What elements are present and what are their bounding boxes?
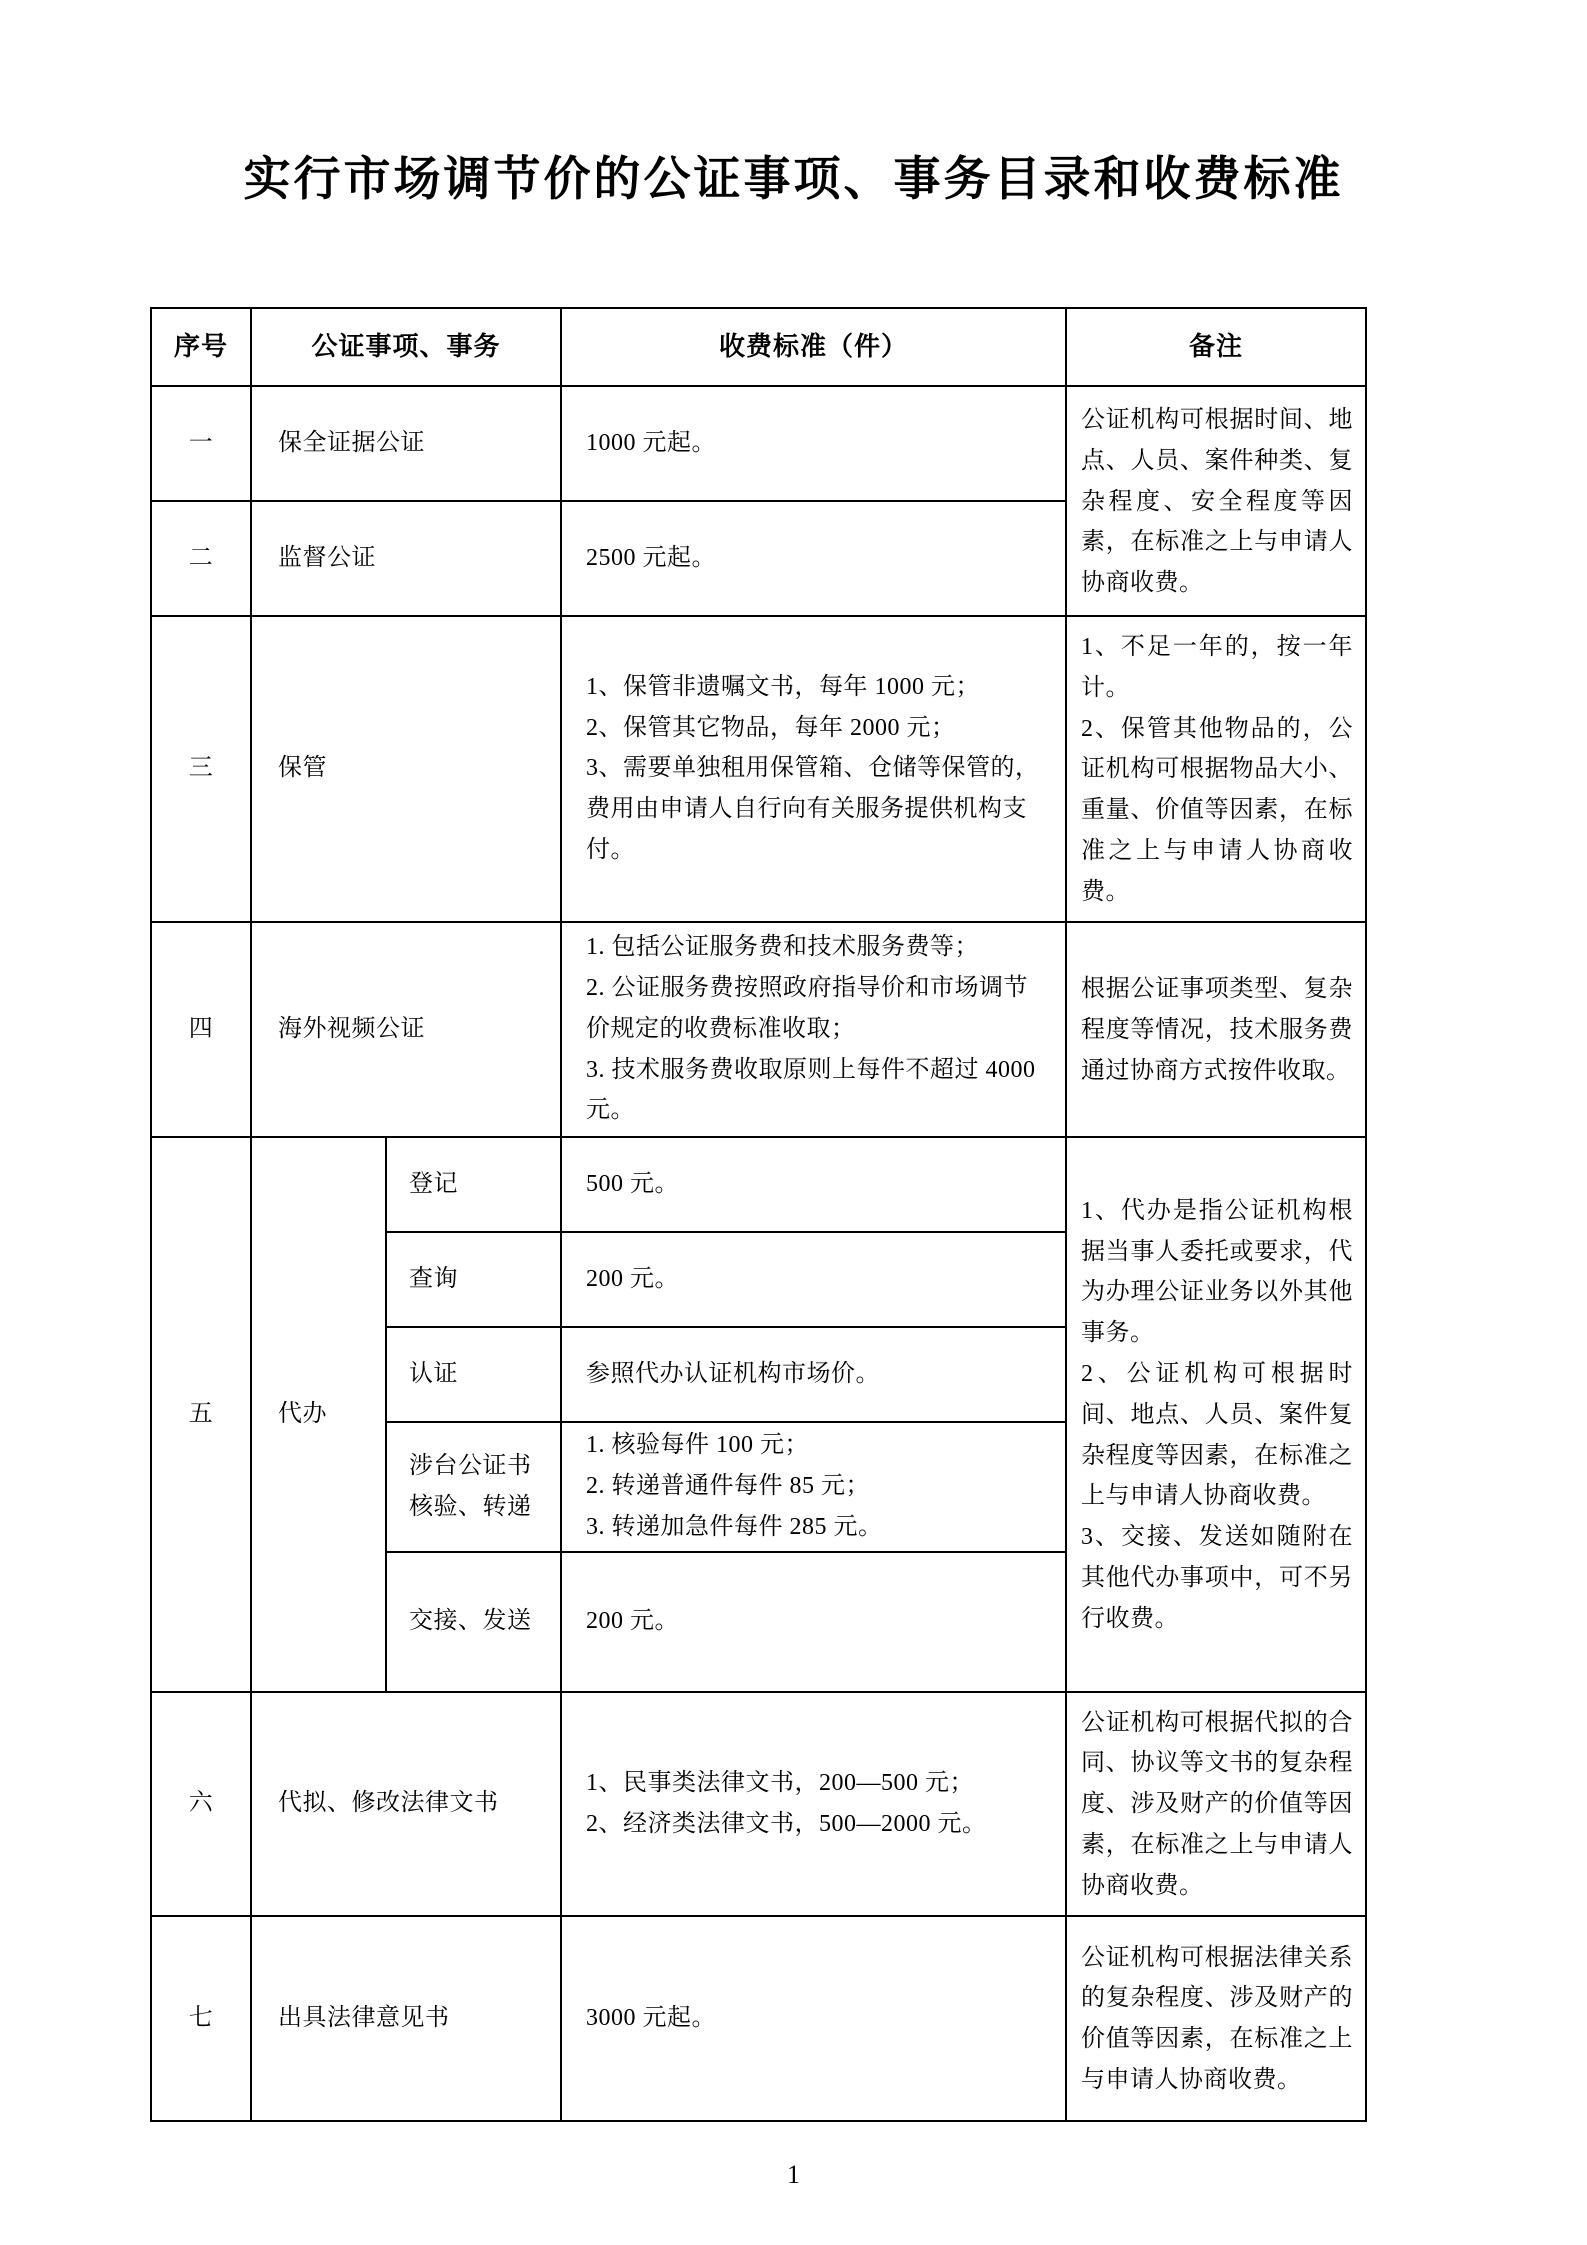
sub-item-name: 交接、发送 — [386, 1552, 561, 1692]
header-remark: 备注 — [1066, 308, 1366, 386]
table-row: 五 代办 登记 500 元。 1、代办是指公证机构根据当事人委托或要求，代为办理… — [151, 1137, 1366, 1232]
row-fee: 1000 元起。 — [561, 386, 1066, 501]
row-fee: 200 元。 — [561, 1552, 1066, 1692]
header-fee: 收费标准（件） — [561, 308, 1066, 386]
sub-item-name: 登记 — [386, 1137, 561, 1232]
row-fee: 1、保管非遗嘱文书，每年 1000 元； 2、保管其它物品，每年 2000 元；… — [561, 616, 1066, 922]
row-fee: 200 元。 — [561, 1232, 1066, 1327]
row-remark: 公证机构可根据代拟的合同、协议等文书的复杂程度、涉及财产的价值等因素，在标准之上… — [1066, 1692, 1366, 1916]
row-fee: 1. 包括公证服务费和技术服务费等； 2. 公证服务费按照政府指导价和市场调节价… — [561, 922, 1066, 1137]
table-row: 六 代拟、修改法律文书 1、民事类法律文书，200—500 元； 2、经济类法律… — [151, 1692, 1366, 1916]
row-no: 三 — [151, 616, 251, 922]
row-item: 监督公证 — [251, 501, 561, 616]
sub-item-name: 认证 — [386, 1327, 561, 1422]
row-remark: 1、不足一年的，按一年计。 2、保管其他物品的，公证机构可根据物品大小、重量、价… — [1066, 616, 1366, 922]
row-fee: 500 元。 — [561, 1137, 1066, 1232]
row-item: 海外视频公证 — [251, 922, 561, 1137]
row-fee: 1. 核验每件 100 元； 2. 转递普通件每件 85 元； 3. 转递加急件… — [561, 1422, 1066, 1552]
row-remark: 根据公证事项类型、复杂程度等情况，技术服务费通过协商方式按件收取。 — [1066, 922, 1366, 1137]
row-no: 五 — [151, 1137, 251, 1692]
page-title: 实行市场调节价的公证事项、事务目录和收费标准 — [0, 0, 1587, 211]
row-no: 六 — [151, 1692, 251, 1916]
sub-item-name: 涉台公证书核验、转递 — [386, 1422, 561, 1552]
row-no: 二 — [151, 501, 251, 616]
row-no: 一 — [151, 386, 251, 501]
table-row: 三 保管 1、保管非遗嘱文书，每年 1000 元； 2、保管其它物品，每年 20… — [151, 616, 1366, 922]
header-no: 序号 — [151, 308, 251, 386]
header-item: 公证事项、事务 — [251, 308, 561, 386]
row-remark: 公证机构可根据时间、地点、人员、案件种类、复杂程度、安全程度等因素，在标准之上与… — [1066, 386, 1366, 616]
row-remark: 公证机构可根据法律关系的复杂程度、涉及财产的价值等因素，在标准之上与申请人协商收… — [1066, 1916, 1366, 2121]
row-no: 四 — [151, 922, 251, 1137]
table-row: 一 保全证据公证 1000 元起。 公证机构可根据时间、地点、人员、案件种类、复… — [151, 386, 1366, 501]
row-item: 保全证据公证 — [251, 386, 561, 501]
page-number: 1 — [0, 2160, 1587, 2190]
row-fee: 参照代办认证机构市场价。 — [561, 1327, 1066, 1422]
row-no: 七 — [151, 1916, 251, 2121]
row-item: 出具法律意见书 — [251, 1916, 561, 2121]
fees-table: 序号 公证事项、事务 收费标准（件） 备注 一 保全证据公证 1000 元起。 … — [150, 307, 1367, 2122]
sub-item-name: 查询 — [386, 1232, 561, 1327]
row-item: 代拟、修改法律文书 — [251, 1692, 561, 1916]
row-fee: 2500 元起。 — [561, 501, 1066, 616]
row-remark: 1、代办是指公证机构根据当事人委托或要求，代为办理公证业务以外其他事务。 2、公… — [1066, 1137, 1366, 1692]
table-header-row: 序号 公证事项、事务 收费标准（件） 备注 — [151, 308, 1366, 386]
document-page: 实行市场调节价的公证事项、事务目录和收费标准 序号 公证事项、事务 收费标准（件… — [0, 0, 1587, 2245]
table-row: 七 出具法律意见书 3000 元起。 公证机构可根据法律关系的复杂程度、涉及财产… — [151, 1916, 1366, 2121]
row-fee: 1、民事类法律文书，200—500 元； 2、经济类法律文书，500—2000 … — [561, 1692, 1066, 1916]
row-fee: 3000 元起。 — [561, 1916, 1066, 2121]
row-item: 代办 — [251, 1137, 386, 1692]
row-item: 保管 — [251, 616, 561, 922]
table-row: 四 海外视频公证 1. 包括公证服务费和技术服务费等； 2. 公证服务费按照政府… — [151, 922, 1366, 1137]
